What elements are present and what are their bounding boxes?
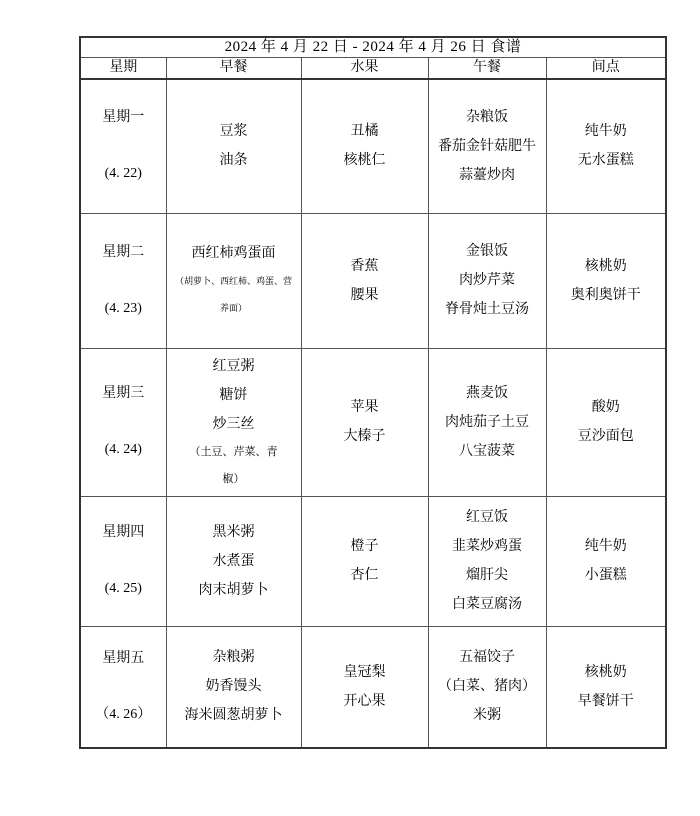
menu-item: 早餐饼干 xyxy=(547,687,666,716)
table-title: 2024 年 4 月 22 日 - 2024 年 4 月 26 日 食谱 xyxy=(80,37,666,58)
title-row: 2024 年 4 月 22 日 - 2024 年 4 月 26 日 食谱 xyxy=(80,37,666,58)
menu-item: 纯牛奶 xyxy=(547,532,666,561)
menu-item: 水煮蛋 xyxy=(167,547,301,576)
menu-item: 无水蛋糕 xyxy=(547,146,666,175)
col-header-fruit: 水果 xyxy=(301,58,428,80)
menu-item: 核桃仁 xyxy=(302,146,428,175)
fruit-cell: 橙子杏仁 xyxy=(301,496,428,626)
menu-item: 杏仁 xyxy=(302,561,428,590)
menu-item: 豆浆 xyxy=(167,117,301,146)
document-page: 2024 年 4 月 22 日 - 2024 年 4 月 26 日 食谱 星期 … xyxy=(0,0,700,816)
lunch-cell: 五福饺子（白菜、猪肉）米粥 xyxy=(428,626,546,748)
fruit-cell: 香蕉腰果 xyxy=(301,213,428,348)
header-row: 星期 早餐 水果 午餐 间点 xyxy=(80,58,666,80)
menu-item: 奥利奥饼干 xyxy=(547,281,666,310)
menu-item: 熘肝尖 xyxy=(429,561,546,590)
menu-item: 豆沙面包 xyxy=(547,422,666,451)
menu-item: 西红柿鸡蛋面 xyxy=(167,239,301,268)
breakfast-cell: 豆浆油条 xyxy=(166,79,301,213)
day-date: (4. 24) xyxy=(81,440,166,460)
menu-item: 酸奶 xyxy=(547,393,666,422)
menu-item: 纯牛奶 xyxy=(547,117,666,146)
breakfast-cell: 杂粮粥奶香馒头海米圆葱胡萝卜 xyxy=(166,626,301,748)
menu-item: 肉末胡萝卜 xyxy=(167,576,301,605)
menu-item: 燕麦饭 xyxy=(429,379,546,408)
col-header-breakfast: 早餐 xyxy=(166,58,301,80)
menu-item: 椒） xyxy=(167,466,301,493)
menu-item: 丑橘 xyxy=(302,117,428,146)
menu-item: 核桃奶 xyxy=(547,252,666,281)
menu-item: （土豆、芹菜、青 xyxy=(167,439,301,466)
lunch-cell: 红豆饭韭菜炒鸡蛋熘肝尖白菜豆腐汤 xyxy=(428,496,546,626)
day-cell: 星期五（4. 26） xyxy=(80,626,166,748)
col-header-weekday: 星期 xyxy=(80,58,166,80)
snack-cell: 核桃奶奥利奥饼干 xyxy=(546,213,666,348)
day-date: (4. 25) xyxy=(81,579,166,599)
fruit-cell: 苹果大榛子 xyxy=(301,348,428,496)
table-row: 星期一(4. 22)豆浆油条丑橘核桃仁杂粮饭番茄金针菇肥牛蒜薹炒肉纯牛奶无水蛋糕 xyxy=(80,79,666,213)
breakfast-cell: 西红柿鸡蛋面（胡萝卜、西红柿、鸡蛋、营养面） xyxy=(166,213,301,348)
day-cell: 星期四(4. 25) xyxy=(80,496,166,626)
menu-item: 大榛子 xyxy=(302,422,428,451)
menu-item: 黑米粥 xyxy=(167,518,301,547)
menu-item: 油条 xyxy=(167,146,301,175)
menu-item: 红豆粥 xyxy=(167,352,301,381)
menu-item: 番茄金针菇肥牛 xyxy=(429,132,546,161)
table-row: 星期五（4. 26）杂粮粥奶香馒头海米圆葱胡萝卜皇冠梨开心果五福饺子（白菜、猪肉… xyxy=(80,626,666,748)
lunch-cell: 燕麦饭肉炖茄子土豆八宝菠菜 xyxy=(428,348,546,496)
day-cell: 星期一(4. 22) xyxy=(80,79,166,213)
snack-cell: 酸奶豆沙面包 xyxy=(546,348,666,496)
menu-item: 白菜豆腐汤 xyxy=(429,590,546,619)
menu-item: 糖饼 xyxy=(167,381,301,410)
table-row: 星期二(4. 23)西红柿鸡蛋面（胡萝卜、西红柿、鸡蛋、营养面）香蕉腰果金银饭肉… xyxy=(80,213,666,348)
lunch-cell: 金银饭肉炒芹菜脊骨炖土豆汤 xyxy=(428,213,546,348)
menu-item: （胡萝卜、西红柿、鸡蛋、营 xyxy=(167,268,301,295)
day-date: (4. 22) xyxy=(81,164,166,184)
menu-item: 杂粮粥 xyxy=(167,643,301,672)
menu-item: 腰果 xyxy=(302,281,428,310)
day-name: 星期三 xyxy=(81,384,166,404)
menu-item: 香蕉 xyxy=(302,252,428,281)
day-date: （4. 26） xyxy=(81,705,166,725)
day-cell: 星期二(4. 23) xyxy=(80,213,166,348)
menu-item: 养面） xyxy=(167,295,301,322)
day-name: 星期一 xyxy=(81,108,166,128)
menu-item: 米粥 xyxy=(429,701,546,730)
menu-item: 脊骨炖土豆汤 xyxy=(429,295,546,324)
lunch-cell: 杂粮饭番茄金针菇肥牛蒜薹炒肉 xyxy=(428,79,546,213)
menu-item: 肉炒芹菜 xyxy=(429,266,546,295)
menu-item: 韭菜炒鸡蛋 xyxy=(429,532,546,561)
menu-item: 五福饺子 xyxy=(429,643,546,672)
breakfast-cell: 黑米粥水煮蛋肉末胡萝卜 xyxy=(166,496,301,626)
menu-item: （白菜、猪肉） xyxy=(429,672,546,701)
breakfast-cell: 红豆粥糖饼炒三丝（土豆、芹菜、青椒） xyxy=(166,348,301,496)
menu-item: 苹果 xyxy=(302,393,428,422)
menu-item: 红豆饭 xyxy=(429,503,546,532)
day-cell: 星期三(4. 24) xyxy=(80,348,166,496)
snack-cell: 纯牛奶无水蛋糕 xyxy=(546,79,666,213)
day-date: (4. 23) xyxy=(81,299,166,319)
menu-item: 奶香馒头 xyxy=(167,672,301,701)
menu-item: 金银饭 xyxy=(429,237,546,266)
menu-item: 八宝菠菜 xyxy=(429,437,546,466)
menu-item: 开心果 xyxy=(302,687,428,716)
snack-cell: 纯牛奶小蛋糕 xyxy=(546,496,666,626)
snack-cell: 核桃奶早餐饼干 xyxy=(546,626,666,748)
day-name: 星期二 xyxy=(81,243,166,263)
fruit-cell: 皇冠梨开心果 xyxy=(301,626,428,748)
menu-item: 小蛋糕 xyxy=(547,561,666,590)
col-header-lunch: 午餐 xyxy=(428,58,546,80)
day-name: 星期五 xyxy=(81,649,166,669)
day-name: 星期四 xyxy=(81,523,166,543)
menu-item: 杂粮饭 xyxy=(429,103,546,132)
menu-item: 核桃奶 xyxy=(547,658,666,687)
menu-table: 2024 年 4 月 22 日 - 2024 年 4 月 26 日 食谱 星期 … xyxy=(79,36,667,749)
menu-item: 蒜薹炒肉 xyxy=(429,161,546,190)
table-row: 星期四(4. 25)黑米粥水煮蛋肉末胡萝卜橙子杏仁红豆饭韭菜炒鸡蛋熘肝尖白菜豆腐… xyxy=(80,496,666,626)
menu-item: 皇冠梨 xyxy=(302,658,428,687)
menu-item: 肉炖茄子土豆 xyxy=(429,408,546,437)
table-row: 星期三(4. 24)红豆粥糖饼炒三丝（土豆、芹菜、青椒）苹果大榛子燕麦饭肉炖茄子… xyxy=(80,348,666,496)
menu-item: 海米圆葱胡萝卜 xyxy=(167,701,301,730)
menu-item: 橙子 xyxy=(302,532,428,561)
fruit-cell: 丑橘核桃仁 xyxy=(301,79,428,213)
col-header-snack: 间点 xyxy=(546,58,666,80)
menu-item: 炒三丝 xyxy=(167,410,301,439)
